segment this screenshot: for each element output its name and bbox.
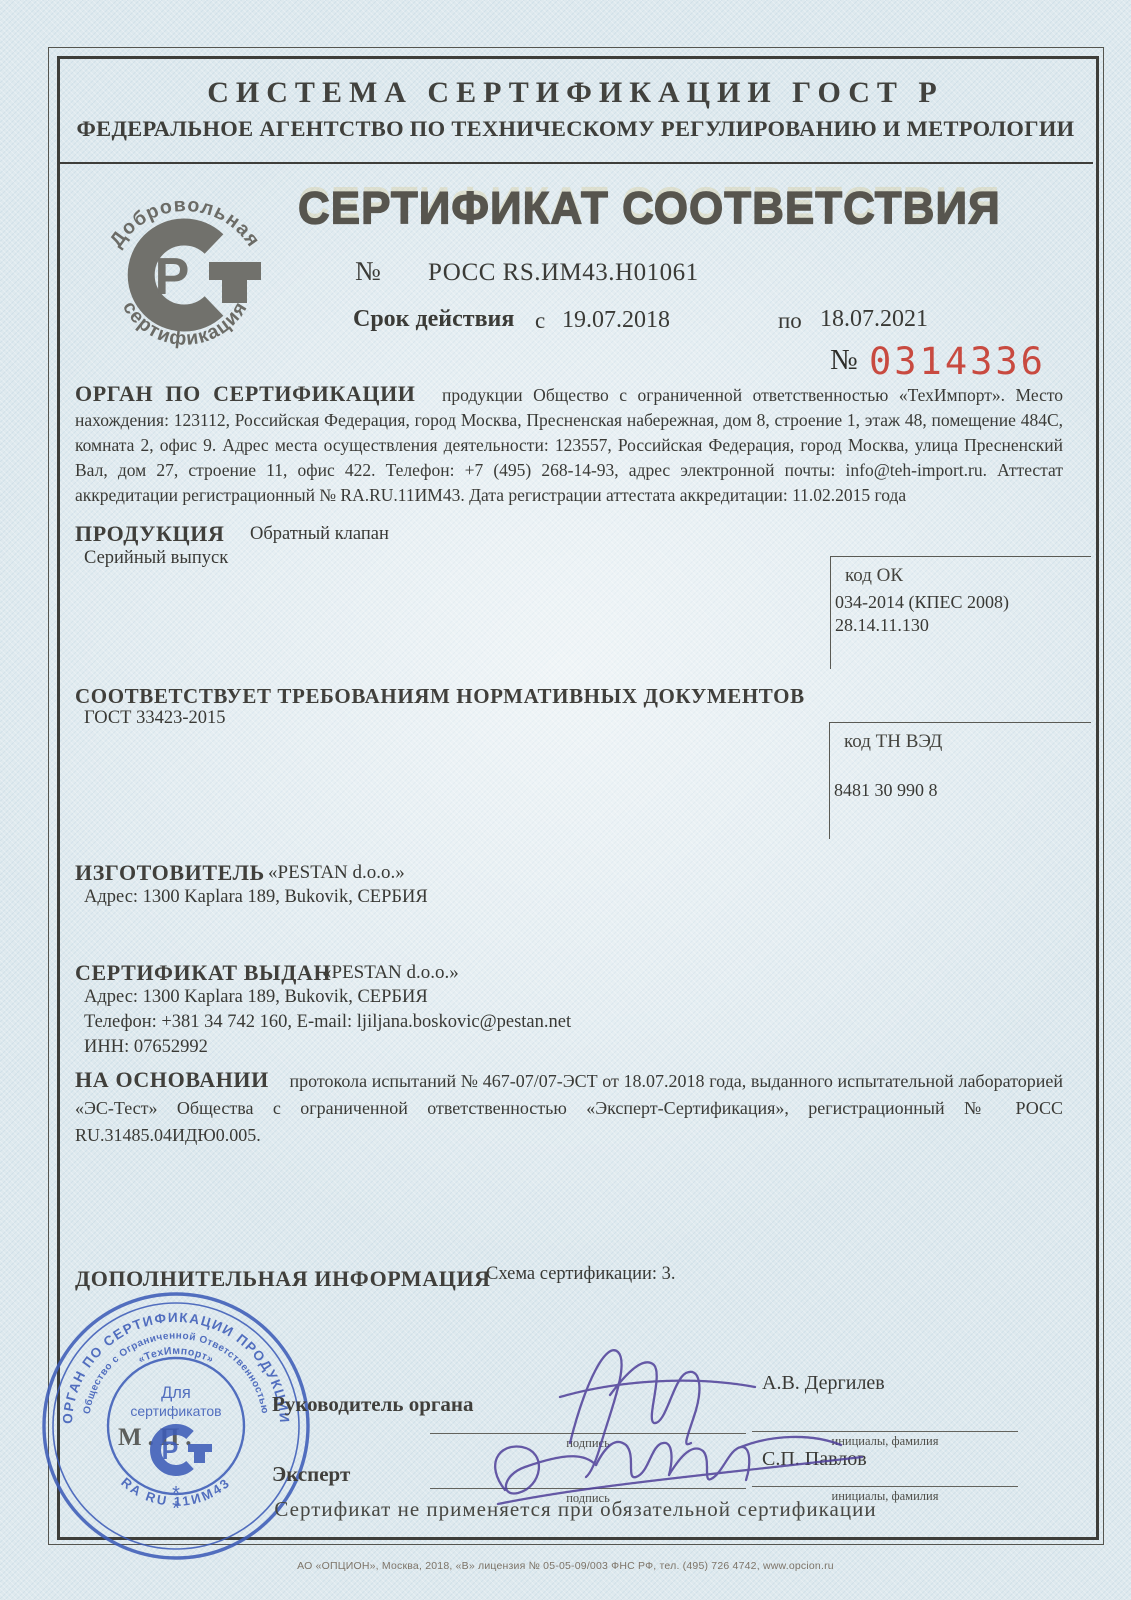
conforms-value: ГОСТ 33423-2015 xyxy=(84,708,226,729)
product-note: Серийный выпуск xyxy=(84,548,228,569)
product-value: Обратный клапан xyxy=(250,524,389,545)
blank-number-value: 0314336 xyxy=(869,340,1046,383)
manufacturer-address: Адрес: 1300 Kaplara 189, Bukovik, СЕРБИЯ xyxy=(84,887,428,908)
additional-text: Схема сертификации: 3. xyxy=(486,1264,676,1285)
validity-to-date: 18.07.2021 xyxy=(820,306,928,333)
validity-to-label: по xyxy=(778,308,802,334)
tnved-code-box: код ТН ВЭД 8481 30 990 8 xyxy=(829,722,1091,839)
manufacturer-name: «PESTAN d.o.o.» xyxy=(268,862,405,884)
head-signature-stroke xyxy=(570,1350,622,1477)
ok-code-line2: 28.14.11.130 xyxy=(831,614,1091,637)
issued-phone: Телефон: +381 34 742 160, E-mail: ljilja… xyxy=(84,1012,571,1033)
product-heading: ПРОДУКЦИЯ xyxy=(75,521,224,547)
system-title: СИСТЕМА СЕРТИФИКАЦИИ ГОСТ Р xyxy=(57,76,1094,110)
print-house-info: АО «ОПЦИОН», Москва, 2018, «В» лицензия … xyxy=(0,1560,1131,1572)
ok-code-box: код ОК 034-2014 (КПЕС 2008) 28.14.11.130 xyxy=(830,556,1091,669)
bottom-note: Сертификат не применяется при обязательн… xyxy=(57,1497,1094,1522)
stamp-center-line2: сертификатов xyxy=(130,1403,221,1419)
stamp-rst-mark: Р xyxy=(156,1430,212,1471)
issued-inn: ИНН: 07652992 xyxy=(84,1037,208,1058)
basis-heading: НА ОСНОВАНИИ xyxy=(75,1067,269,1092)
issued-name: «PESTAN d.o.o.» xyxy=(322,962,459,984)
organ-section: ОРГАН ПО СЕРТИФИКАЦИИ продукции Общество… xyxy=(75,381,1063,508)
conforms-heading: СООТВЕТСТВУЕТ ТРЕБОВАНИЯМ НОРМАТИВНЫХ ДО… xyxy=(75,684,805,709)
blank-number-label: № xyxy=(830,344,858,377)
ok-code-label: код ОК xyxy=(831,565,1091,587)
validity-from-label: с xyxy=(535,308,545,334)
agency-title: ФЕДЕРАЛЬНОЕ АГЕНТСТВО ПО ТЕХНИЧЕСКОМУ РЕ… xyxy=(57,116,1094,142)
issued-address: Адрес: 1300 Kaplara 189, Bukovik, СЕРБИЯ xyxy=(84,987,428,1008)
rst-voluntary-logo: Добровольная сертификация Р xyxy=(88,178,283,353)
rst-mark-letter-p: Р xyxy=(155,248,190,306)
tnved-value: 8481 30 990 8 xyxy=(830,779,1091,802)
issued-heading: СЕРТИФИКАТ ВЫДАН xyxy=(75,960,331,986)
cert-number-value: РОСС RS.ИМ43.Н01061 xyxy=(428,259,699,287)
manufacturer-heading: ИЗГОТОВИТЕЛЬ xyxy=(75,860,265,886)
header-divider xyxy=(57,162,1093,164)
basis-section: НА ОСНОВАНИИ протокола испытаний № 467-0… xyxy=(75,1066,1063,1149)
certificate-page: СИСТЕМА СЕРТИФИКАЦИИ ГОСТ Р ФЕДЕРАЛЬНОЕ … xyxy=(0,0,1131,1600)
stamp-center-line1: Для xyxy=(161,1384,191,1402)
handwritten-signatures xyxy=(410,1325,910,1525)
expert-signature-stroke xyxy=(495,1447,596,1494)
validity-from-date: 19.07.2018 xyxy=(562,307,670,334)
organ-heading: ОРГАН ПО СЕРТИФИКАЦИИ xyxy=(75,381,416,406)
validity-label: Срок действия xyxy=(353,306,514,333)
stamp-rst-letter-p: Р xyxy=(162,1437,179,1465)
tnved-label: код ТН ВЭД xyxy=(830,731,1091,753)
cert-number-label: № xyxy=(355,256,381,287)
document-title: СЕРТИФИКАТ СООТВЕТСТВИЯ xyxy=(298,183,1038,235)
ok-code-line1: 034-2014 (КПЕС 2008) xyxy=(831,591,1091,614)
expert-role-label: Эксперт xyxy=(272,1462,350,1487)
certification-body-stamp: ОРГАН ПО СЕРТИФИКАЦИИ ПРОДУКЦИИ Общество… xyxy=(34,1284,318,1568)
